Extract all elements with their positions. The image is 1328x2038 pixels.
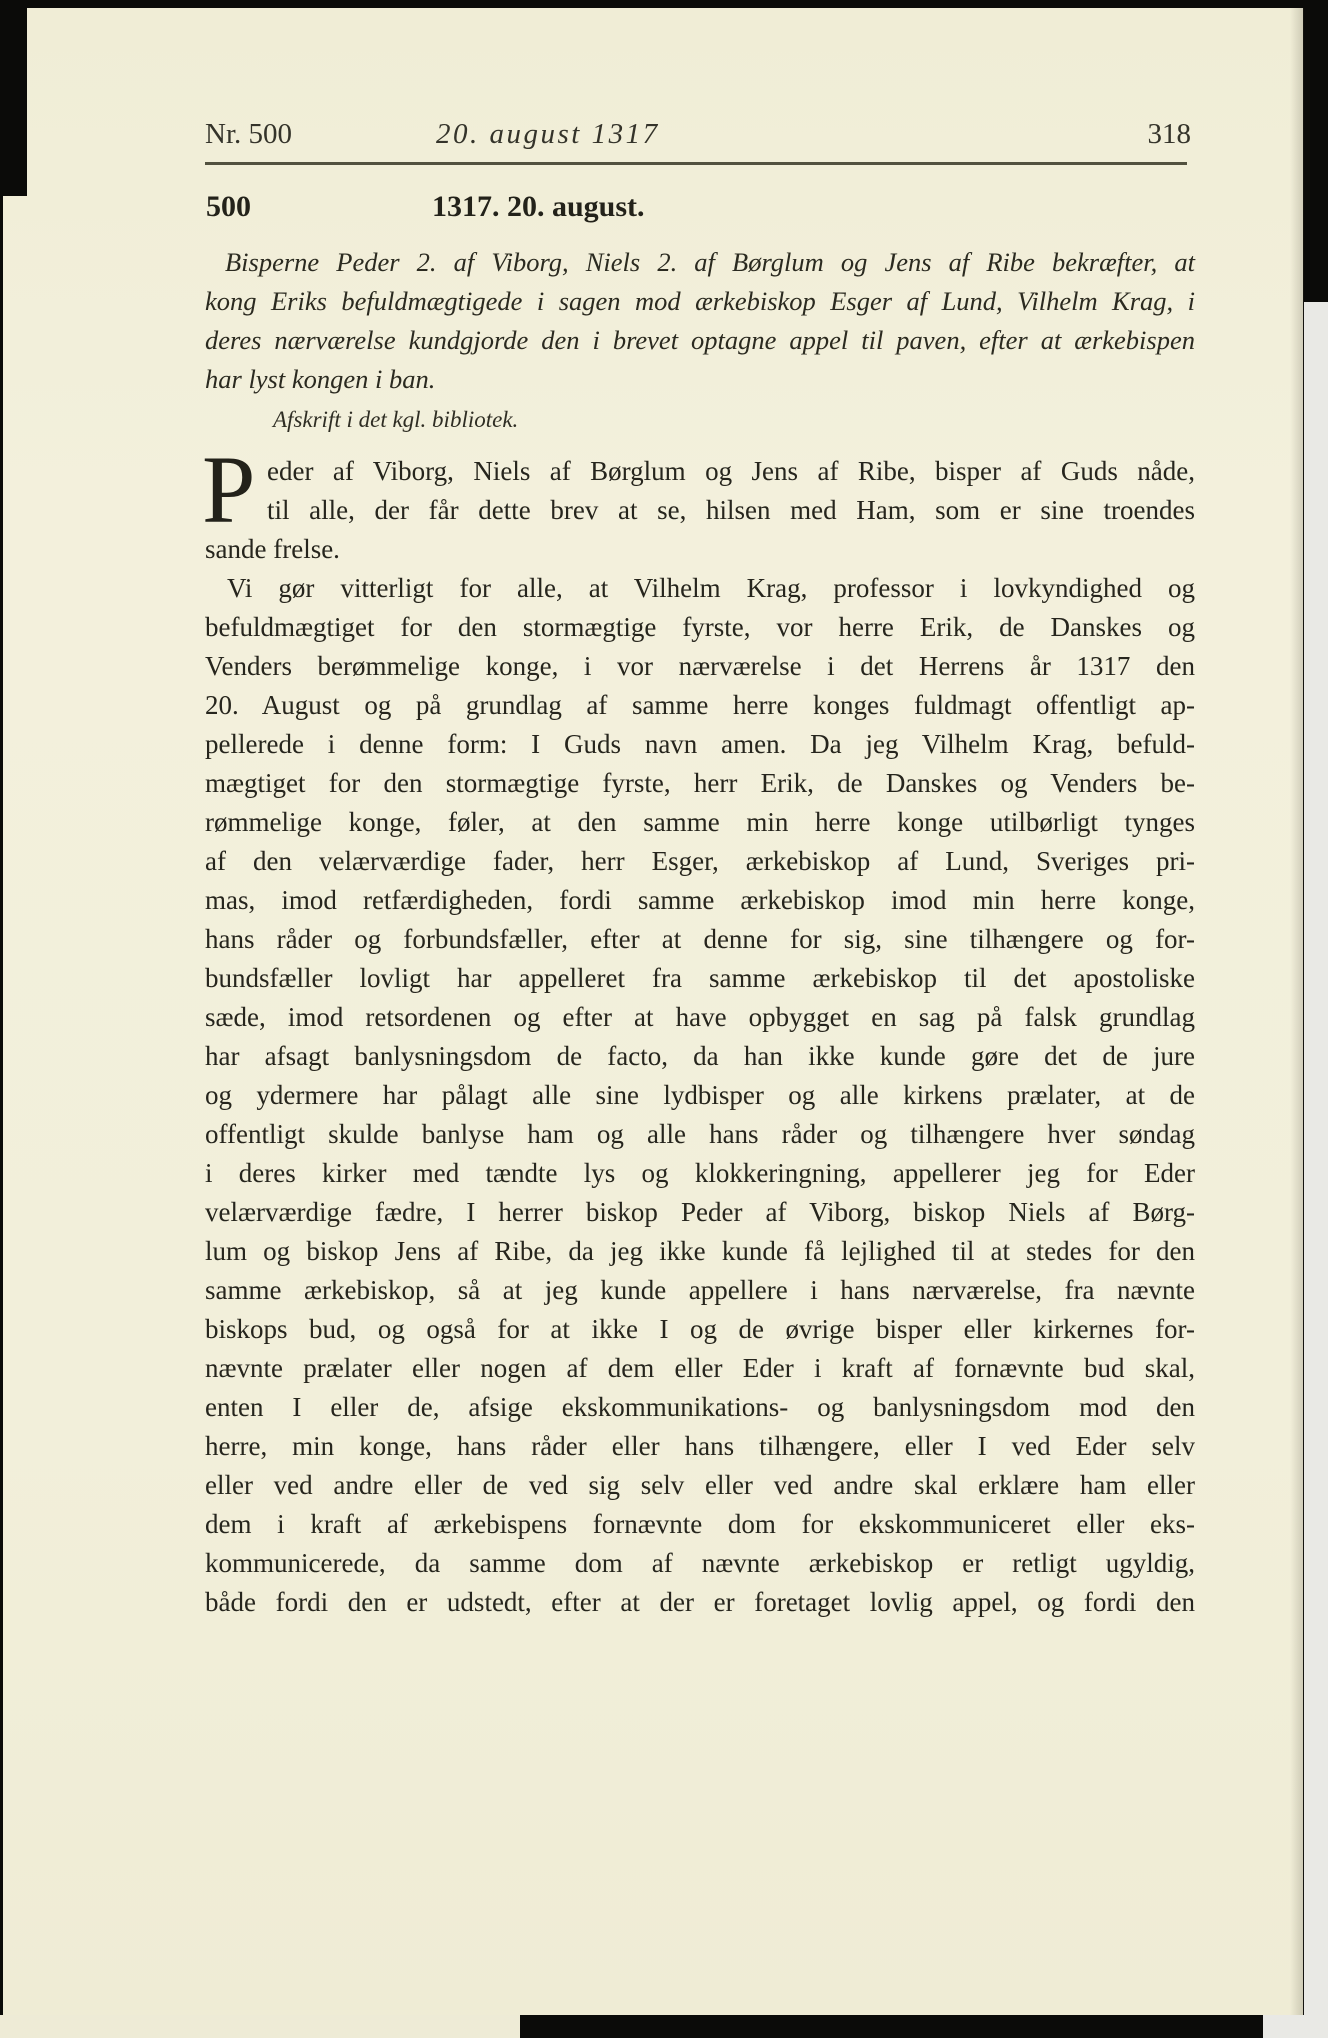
text-line: har afsagt banlysningsdom de facto, da h… <box>205 1037 1195 1076</box>
entry-number: 500 <box>206 190 251 224</box>
text-line: eder af Viborg, Niels af Børglum og Jens… <box>267 452 1195 491</box>
text-line: dem i kraft af ærkebispens fornævnte dom… <box>205 1505 1195 1544</box>
text-line: lum og biskop Jens af Ribe, da jeg ikke … <box>205 1232 1195 1271</box>
text-line: biskops bud, og også for at ikke I og de… <box>205 1310 1195 1349</box>
text-line: befuldmægtiget for den stormægtige fyrst… <box>205 608 1195 647</box>
text-line: til alle, der får dette brev at se, hils… <box>267 491 1195 530</box>
text-line: Bisperne Peder 2. af Viborg, Niels 2. af… <box>205 243 1195 282</box>
text-line: sæde, imod retsordenen og efter at have … <box>205 998 1195 1037</box>
text-line: 20. August og på grundlag af samme herre… <box>205 686 1195 725</box>
text-line: kommunicerede, da samme dom af nævnte ær… <box>205 1544 1195 1583</box>
text-line: i deres kirker med tændte lys og klokker… <box>205 1154 1195 1193</box>
text-line: Venders berømmelige konge, i vor nærvære… <box>205 647 1195 686</box>
text-line: enten I eller de, afsige ekskommunikatio… <box>205 1388 1195 1427</box>
scan-edge-top-left <box>0 0 27 196</box>
entry-body: P eder af Viborg, Niels af Børglum og Je… <box>205 452 1195 1622</box>
text-line: eller ved andre eller de ved sig selv el… <box>205 1466 1195 1505</box>
text-line: og ydermere har pålagt alle sine lydbisp… <box>205 1076 1195 1115</box>
text-line: Vi gør vitterligt for alle, at Vilhelm K… <box>205 569 1195 608</box>
scan-edge-right <box>1304 302 1328 2038</box>
entry-date: 1317. 20. august. <box>432 190 645 224</box>
scan-right-edge-shadow <box>1290 8 1304 2015</box>
text-line: mas, imod retfærdigheden, fordi samme ær… <box>205 881 1195 920</box>
header-rule <box>205 162 1187 165</box>
text-line: sande frelse. <box>205 530 1195 569</box>
main-paragraph: Vi gør vitterligt for alle, at Vilhelm K… <box>205 569 1195 1622</box>
text-line: mægtiget for den stormægtige fyrste, her… <box>205 764 1195 803</box>
entry-summary: Bisperne Peder 2. af Viborg, Niels 2. af… <box>205 243 1195 399</box>
text-line: har lyst kongen i ban. <box>205 360 1195 399</box>
text-line: bundsfæller lovligt har appelleret fra s… <box>205 959 1195 998</box>
text-line: pellerede i denne form: I Guds navn amen… <box>205 725 1195 764</box>
text-line: rømmelige konge, føler, at den samme min… <box>205 803 1195 842</box>
opening-paragraph: eder af Viborg, Niels af Børglum og Jens… <box>205 452 1195 569</box>
text-line: kong Eriks befuldmægtigede i sagen mod æ… <box>205 282 1195 321</box>
text-line: herre, min konge, hans råder eller hans … <box>205 1427 1195 1466</box>
running-header: Nr. 500 20. august 1317 318 <box>205 118 1195 154</box>
scanned-book-page: { "document": { "page_header": { "number… <box>0 0 1328 2038</box>
text-line: hans råder og forbundsfæller, efter at d… <box>205 920 1195 959</box>
scan-edge-bottom-left <box>0 2015 520 2038</box>
text-line: deres nærværelse kundgjorde den i brevet… <box>205 321 1195 360</box>
scan-edge-bottom-right <box>1263 2015 1328 2038</box>
text-line: velærværdige fædre, I herrer biskop Pede… <box>205 1193 1195 1232</box>
header-entry-number: Nr. 500 <box>205 118 292 151</box>
text-line: af den velærværdige fader, herr Esger, æ… <box>205 842 1195 881</box>
text-line: offentligt skulde banlyse ham og alle ha… <box>205 1115 1195 1154</box>
text-line: både fordi den er udstedt, efter at der … <box>205 1583 1195 1622</box>
source-note: Afskrift i det kgl. bibliotek. <box>273 405 518 435</box>
text-line: nævnte prælater eller nogen af dem eller… <box>205 1349 1195 1388</box>
page-number: 318 <box>1148 118 1192 151</box>
text-line: samme ærkebiskop, så at jeg kunde appell… <box>205 1271 1195 1310</box>
header-date: 20. august 1317 <box>436 118 660 151</box>
